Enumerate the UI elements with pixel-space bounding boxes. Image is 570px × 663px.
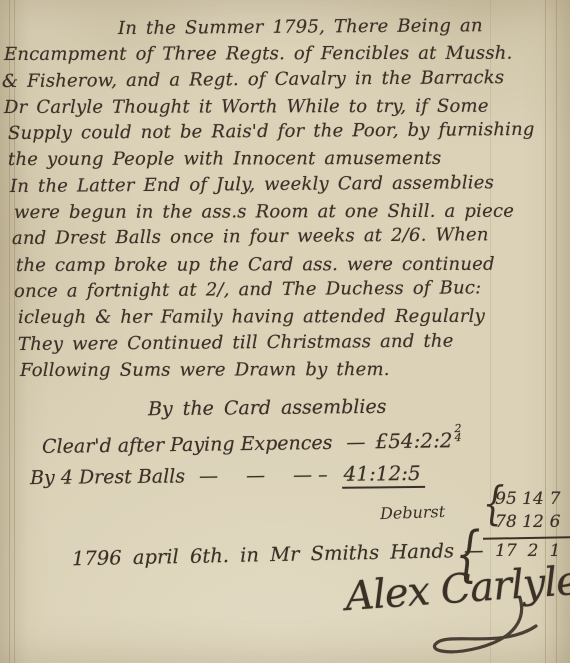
ditto-dash: — (199, 465, 218, 487)
manuscript-page: In the Summer 1795, There Being an Encam… (0, 0, 570, 663)
drest-balls-row: By 4 Drest Balls——— –41:12:5 (30, 461, 425, 489)
cleared-amount-value: 54:2:2 (388, 428, 453, 453)
manuscript-line: and Drest Balls once in four weeks at 2/… (12, 222, 570, 253)
date-in-hands-line: 1796 april 6th. in Mr Smiths Hands— (72, 539, 484, 571)
pence-value: 6 (546, 512, 564, 532)
signature-flourish (408, 596, 558, 658)
totals-row-balance: 1721 (492, 541, 570, 561)
manuscript-line: Following Sums were Drawn by them. (20, 356, 570, 384)
manuscript-line: Supply could not be Rais'd for the Poor,… (8, 117, 570, 148)
manuscript-line: once a fortnight at 2/, and The Duchess … (14, 275, 570, 306)
manuscript-line: In the Latter End of July, weekly Card a… (10, 169, 570, 200)
ditto-dash: — (346, 431, 365, 453)
accounts-section-header: By the Card assemblies (148, 396, 387, 420)
shillings-value: 12 (520, 512, 546, 532)
pence-value: 7 (546, 489, 564, 509)
fraction-denominator: 4 (454, 433, 461, 442)
date-in-hands-text: 1796 april 6th. in Mr Smiths Hands (72, 539, 454, 570)
ditto-dash: — – (293, 464, 328, 486)
pounds-value: 78 (492, 512, 520, 532)
totals-row-debursed: 78126 (492, 512, 570, 532)
currency-pound-sign: £ (375, 429, 388, 453)
pounds-value: 17 (492, 541, 520, 561)
shillings-value: 2 (520, 541, 546, 561)
balls-amount-value: 41:12:5 (341, 461, 424, 489)
cleared-expenses-label: Clear'd after Paying Expences (42, 432, 333, 458)
cleared-amount: £54:2:224 (375, 428, 461, 453)
manuscript-line: & Fisherow, and a Regt. of Cavalry in th… (2, 64, 570, 95)
drest-balls-label: By 4 Drest Balls (30, 465, 185, 489)
farthing-fraction: 24 (454, 424, 461, 442)
pounds-value: 95 (492, 489, 520, 509)
debursed-label: Deburst (380, 502, 446, 523)
shillings-value: 14 (520, 489, 546, 509)
totals-row-cleared: 95147 (492, 489, 570, 509)
manuscript-line: They were Continued till Christmass and … (18, 327, 570, 358)
manuscript-line: In the Summer 1795, There Being an (118, 12, 570, 42)
manuscript-body: In the Summer 1795, There Being an Encam… (0, 16, 570, 384)
cleared-expenses-row: Clear'd after Paying Expences—£54:2:224 (42, 424, 462, 458)
ditto-dash: — (246, 465, 265, 487)
